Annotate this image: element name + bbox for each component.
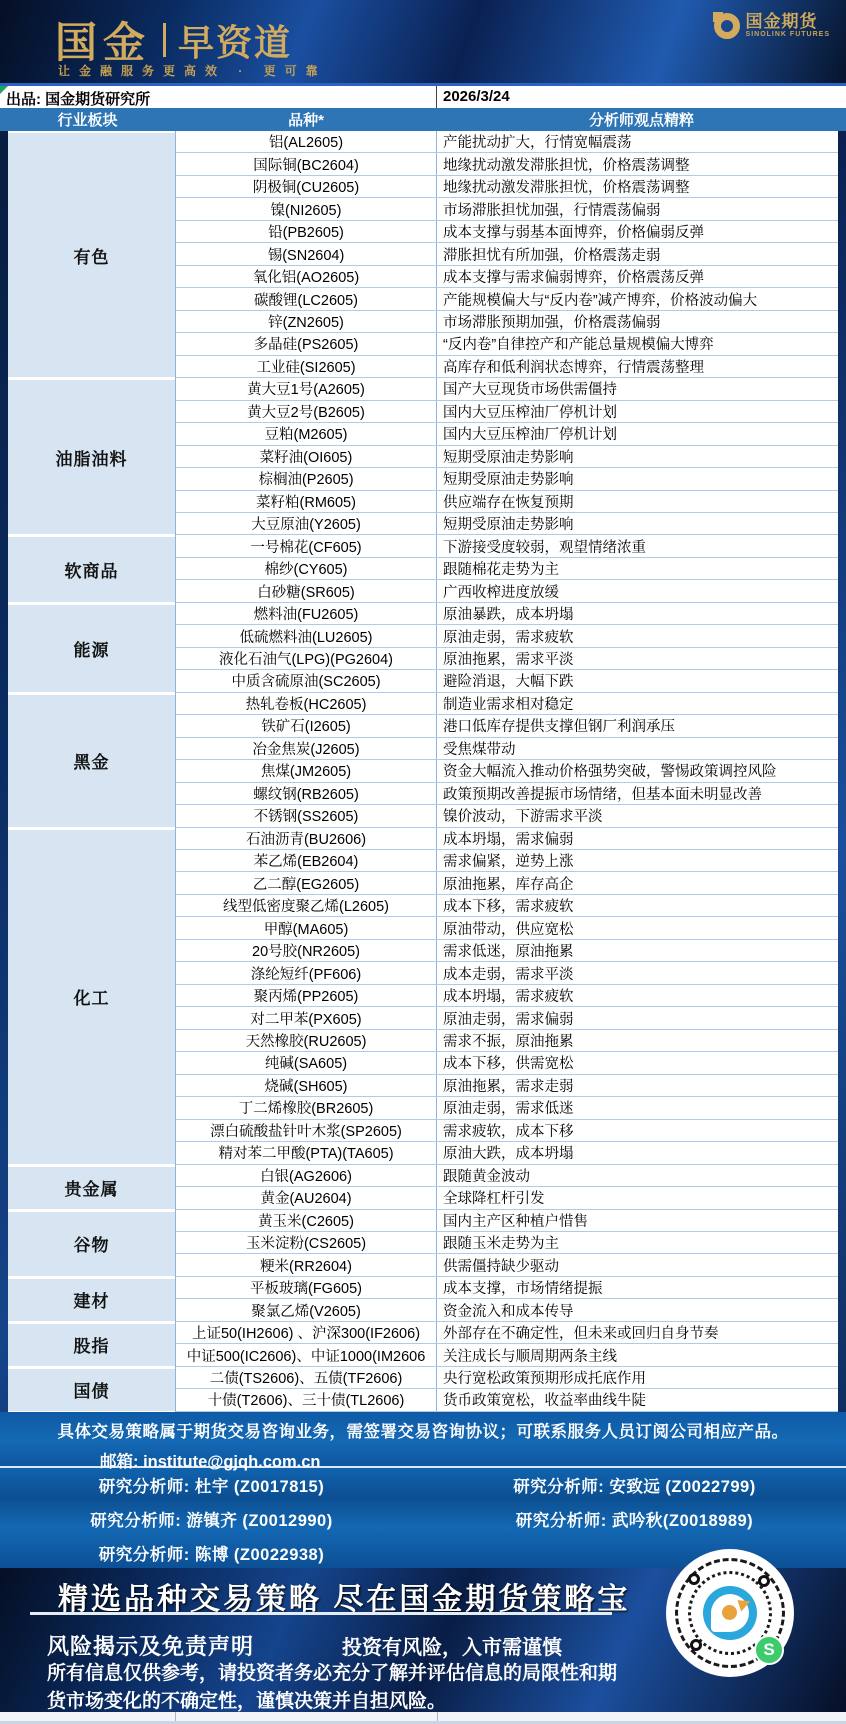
analyst-view-cell: 资金流入和成本传导 (437, 1299, 838, 1320)
table-row: 聚氯乙烯(V2605)资金流入和成本传导 (176, 1299, 838, 1321)
variety-cell: 聚丙烯(PP2605) (176, 985, 437, 1006)
variety-cell: 甲醇(MA605) (176, 917, 437, 938)
analyst-view-cell: 成本下移，供需宽松 (437, 1052, 838, 1073)
table-row: 二债(TS2606)、五债(TF2606)央行宽松政策预期形成托底作用 (176, 1367, 838, 1389)
analyst-left: 研究分析师: 游镇齐 (Z0012990) (0, 1502, 423, 1536)
variety-cell: 苯乙烯(EB2604) (176, 850, 437, 871)
table-row: 镍(NI2605)市场滞胀担忧加强，行情震荡偏弱 (176, 198, 838, 220)
qr-position-marker (758, 1575, 770, 1587)
analyst-view-cell: 全球降杠杆引发 (437, 1187, 838, 1208)
analyst-view-cell: 需求不振，原油拖累 (437, 1030, 838, 1051)
variety-cell: 十债(T2606)、三十债(TL2606) (176, 1389, 437, 1410)
table-row: 豆粕(M2605)国内大豆压榨油厂停机计划 (176, 423, 838, 445)
analyst-view-cell: 需求低迷，原油拖累 (437, 940, 838, 961)
table-row: 精对苯二甲酸(PTA)(TA605)原油大跌，成本坍塌 (176, 1142, 838, 1164)
table-row: 中证500(IC2606)、中证1000(IM2606关注成长与顺周期两条主线 (176, 1344, 838, 1366)
top-header: 国金 早资道 让金融服务更高效 · 更可靠 国金期货 SINOLINK FUTU… (0, 0, 846, 86)
section-label-cell: 能源 (8, 603, 175, 693)
variety-cell: 天然橡胶(RU2605) (176, 1030, 437, 1051)
table-row: 漂白硫酸盐针叶木浆(SP2605)需求疲软，成本下移 (176, 1120, 838, 1142)
table-row: 铅(PB2605)成本支撑与弱基本面博弈，价格偏弱反弹 (176, 221, 838, 243)
table-section: 黑金热轧卷板(HC2605)制造业需求相对稳定铁矿石(I2605)港口低库存提供… (8, 693, 838, 828)
report-page: 国金 早资道 让金融服务更高效 · 更可靠 国金期货 SINOLINK FUTU… (0, 0, 846, 1724)
section-rows: 平板玻璃(FG605)成本支撑，市场情绪提振聚氯乙烯(V2605)资金流入和成本… (175, 1277, 838, 1322)
analyst-view-cell: 原油拖累，需求平淡 (437, 648, 838, 669)
variety-cell: 焦煤(JM2605) (176, 760, 437, 781)
variety-cell: 对二甲苯(PX605) (176, 1007, 437, 1028)
analyst-view-cell: 资金大幅流入推动价格强势突破，警惕政策调控风险 (437, 760, 838, 781)
subscription-notice: 具体交易策略属于期货交易咨询业务，需签署交易咨询协议；可联系服务人员订阅公司相应… (0, 1412, 846, 1442)
section-rows: 二债(TS2606)、五债(TF2606)央行宽松政策预期形成托底作用十债(T2… (175, 1367, 838, 1412)
table-section: 建材平板玻璃(FG605)成本支撑，市场情绪提振聚氯乙烯(V2605)资金流入和… (8, 1277, 838, 1322)
variety-cell: 锌(ZN2605) (176, 311, 437, 332)
table-row: 工业硅(SI2605)高库存和低利润状态博弈，行情震荡整理 (176, 356, 838, 378)
analyst-view-cell: 短期受原油走势影响 (437, 446, 838, 467)
analyst-view-cell: 制造业需求相对稳定 (437, 693, 838, 714)
table-row: 菜籽油(OI605)短期受原油走势影响 (176, 446, 838, 468)
table-row: 中质含硫原油(SC2605)避险消退，大幅下跌 (176, 670, 838, 692)
section-rows: 热轧卷板(HC2605)制造业需求相对稳定铁矿石(I2605)港口低库存提供支撑… (175, 693, 838, 828)
variety-cell: 漂白硫酸盐针叶木浆(SP2605) (176, 1120, 437, 1141)
section-rows: 一号棉花(CF605)下游接受度较弱，观望情绪浓重棉纱(CY605)跟随棉花走势… (175, 535, 838, 602)
table-row: 十债(T2606)、三十债(TL2606)货币政策宽松，收益率曲线牛陡 (176, 1389, 838, 1411)
analyst-view-cell: 原油暴跌，成本坍塌 (437, 603, 838, 624)
variety-cell: 热轧卷板(HC2605) (176, 693, 437, 714)
section-label-cell: 国债 (8, 1367, 175, 1412)
qr-code: S (666, 1549, 794, 1677)
variety-cell: 白银(AG2606) (176, 1165, 437, 1186)
analyst-view-cell: 国内大豆压榨油厂停机计划 (437, 401, 838, 422)
variety-cell: 黄大豆2号(B2605) (176, 401, 437, 422)
analyst-view-cell: 原油走弱，需求偏弱 (437, 1007, 838, 1028)
variety-cell: 工业硅(SI2605) (176, 356, 437, 377)
variety-cell: 豆粕(M2605) (176, 423, 437, 444)
variety-cell: 铅(PB2605) (176, 221, 437, 242)
analyst-view-cell: 成本支撑，市场情绪提振 (437, 1277, 838, 1298)
table-row: 烧碱(SH605)原油拖累，需求走弱 (176, 1075, 838, 1097)
analyst-view-cell: 供应端存在恢复预期 (437, 491, 838, 512)
table-row: 黄金(AU2604)全球降杠杆引发 (176, 1187, 838, 1209)
section-label-cell: 化工 (8, 828, 175, 1165)
analyst-view-cell: 短期受原油走势影响 (437, 513, 838, 534)
table-row: 苯乙烯(EB2604)需求偏紧，逆势上涨 (176, 850, 838, 872)
variety-cell: 黄金(AU2604) (176, 1187, 437, 1208)
brand-circle-icon (714, 13, 740, 39)
analyst-view-cell: 避险消退，大幅下跌 (437, 670, 838, 691)
analyst-view-cell: 广西收榨进度放缓 (437, 580, 838, 601)
analyst-view-cell: 原油拖累，库存高企 (437, 872, 838, 893)
table-row: 黄玉米(C2605)国内主产区种植户惜售 (176, 1210, 838, 1232)
variety-cell: 黄玉米(C2605) (176, 1210, 437, 1231)
variety-cell: 不锈钢(SS2605) (176, 805, 437, 826)
variety-cell: 石油沥青(BU2606) (176, 828, 437, 849)
table-row: 纯碱(SA605)成本下移，供需宽松 (176, 1052, 838, 1074)
notice-bar: 具体交易策略属于期货交易咨询业务，需签署交易咨询协议；可联系服务人员订阅公司相应… (0, 1412, 846, 1466)
table-section: 能源燃料油(FU2605)原油暴跌，成本坍塌低硫燃料油(LU2605)原油走弱，… (8, 603, 838, 693)
analyst-view-cell: 原油拖累，需求走弱 (437, 1075, 838, 1096)
analyst-view-cell: 市场滞胀预期加强，价格震荡偏弱 (437, 311, 838, 332)
section-rows: 铝(AL2605)产能扰动扩大，行情宽幅震荡国际铜(BC2604)地缘扰动激发滞… (175, 131, 838, 378)
variety-cell: 冶金焦炭(J2605) (176, 738, 437, 759)
table-row: 螺纹钢(RB2605)政策预期改善提振市场情绪，但基本面未明显改善 (176, 783, 838, 805)
table-row: 黄大豆1号(A2605)国产大豆现货市场供需僵持 (176, 378, 838, 400)
analyst-view-cell: 市场滞胀担忧加强，行情震荡偏弱 (437, 198, 838, 219)
variety-cell: 菜籽粕(RM605) (176, 491, 437, 512)
variety-cell: 阴极铜(CU2605) (176, 176, 437, 197)
table-row: 低硫燃料油(LU2605)原油走弱，需求疲软 (176, 625, 838, 647)
analyst-right: 研究分析师: 安致远 (Z0022799) (423, 1468, 846, 1502)
sinolink-logo-icon (703, 1586, 757, 1640)
analyst-view-cell: 关注成长与顺周期两条主线 (437, 1344, 838, 1365)
variety-cell: 精对苯二甲酸(PTA)(TA605) (176, 1142, 437, 1163)
table-row: 上证50(IH2606) 、沪深300(IF2606)外部存在不确定性，但未来或… (176, 1322, 838, 1344)
table-row: 白银(AG2606)跟随黄金波动 (176, 1165, 838, 1187)
table-row: 热轧卷板(HC2605)制造业需求相对稳定 (176, 693, 838, 715)
table-row: 液化石油气(LPG)(PG2604)原油拖累，需求平淡 (176, 648, 838, 670)
section-label-cell: 油脂油料 (8, 378, 175, 535)
section-rows: 白银(AG2606)跟随黄金波动黄金(AU2604)全球降杠杆引发 (175, 1165, 838, 1210)
wechat-miniprogram-icon: S (754, 1635, 784, 1665)
analyst-view-cell: 短期受原油走势影响 (437, 468, 838, 489)
table-row: 乙二醇(EG2605)原油拖累，库存高企 (176, 872, 838, 894)
producer-label: 出品: 国金期货研究所 (0, 86, 437, 108)
analyst-view-cell: 成本下移，需求疲软 (437, 895, 838, 916)
variety-cell: 螺纹钢(RB2605) (176, 783, 437, 804)
table-row: 聚丙烯(PP2605)成本坍塌，需求疲软 (176, 985, 838, 1007)
table-row: 国际铜(BC2604)地缘扰动激发滞胀担忧，价格震荡调整 (176, 153, 838, 175)
analyst-view-cell: 地缘扰动激发滞胀担忧，价格震荡调整 (437, 153, 838, 174)
table-row: 菜籽粕(RM605)供应端存在恢复预期 (176, 491, 838, 513)
analyst-view-cell: 滞胀担忧有所加强，价格震荡走弱 (437, 243, 838, 264)
table-section: 化工石油沥青(BU2606)成本坍塌，需求偏弱苯乙烯(EB2604)需求偏紧，逆… (8, 828, 838, 1165)
variety-cell: 大豆原油(Y2605) (176, 513, 437, 534)
table-row: 20号胶(NR2605)需求低迷，原油拖累 (176, 940, 838, 962)
variety-cell: 20号胶(NR2605) (176, 940, 437, 961)
table-section: 谷物黄玉米(C2605)国内主产区种植户惜售玉米淀粉(CS2605)跟随玉米走势… (8, 1210, 838, 1277)
analyst-row: 研究分析师: 杜宇 (Z0017815)研究分析师: 安致远 (Z0022799… (0, 1468, 846, 1502)
section-label-cell: 软商品 (8, 535, 175, 602)
variety-cell: 碳酸锂(LC2605) (176, 288, 437, 309)
analyst-right (423, 1536, 846, 1570)
table-row: 涤纶短纤(PF606)成本走弱，需求平淡 (176, 962, 838, 984)
logo: 国金 早资道 (55, 10, 292, 70)
analyst-view-cell: 港口低库存提供支撑但钢厂利润承压 (437, 715, 838, 736)
analyst-row: 研究分析师: 游镇齐 (Z0012990)研究分析师: 武吟秋(Z0018989… (0, 1502, 846, 1536)
table-row: 线型低密度聚乙烯(L2605)成本下移，需求疲软 (176, 895, 838, 917)
analyst-view-cell: 国内主产区种植户惜售 (437, 1210, 838, 1231)
analyst-left: 研究分析师: 陈博 (Z0022938) (0, 1536, 423, 1570)
report-table-body: 有色铝(AL2605)产能扰动扩大，行情宽幅震荡国际铜(BC2604)地缘扰动激… (8, 131, 838, 1412)
logo-sub-text: 早资道 (178, 15, 292, 66)
brand-name-cn: 国金期货 (746, 13, 830, 31)
logo-main-text: 国金 (55, 10, 151, 70)
analyst-view-cell: 国内大豆压榨油厂停机计划 (437, 423, 838, 444)
risk-disclosure-title: 风险揭示及免责声明 (47, 1630, 254, 1661)
section-label-cell: 谷物 (8, 1210, 175, 1277)
table-header-row: 行业板块 品种* 分析师观点精粹 (0, 108, 846, 131)
variety-cell: 丁二烯橡胶(BR2605) (176, 1097, 437, 1118)
analyst-view-cell: 原油大跌，成本坍塌 (437, 1142, 838, 1163)
section-label-cell: 建材 (8, 1277, 175, 1322)
analyst-view-cell: 下游接受度较弱，观望情绪浓重 (437, 535, 838, 556)
table-row: 不锈钢(SS2605)镍价波动，下游需求平淡 (176, 805, 838, 827)
variety-cell: 纯碱(SA605) (176, 1052, 437, 1073)
table-row: 阴极铜(CU2605)地缘扰动激发滞胀担忧，价格震荡调整 (176, 176, 838, 198)
variety-cell: 二债(TS2606)、五债(TF2606) (176, 1367, 437, 1388)
variety-cell: 镍(NI2605) (176, 198, 437, 219)
bottom-strip-divider (437, 1712, 438, 1721)
analyst-view-cell: 供需僵持缺少驱动 (437, 1254, 838, 1275)
analyst-view-cell: 原油走弱，需求疲软 (437, 625, 838, 646)
variety-cell: 菜籽油(OI605) (176, 446, 437, 467)
variety-cell: 涤纶短纤(PF606) (176, 962, 437, 983)
variety-cell: 多晶硅(PS2605) (176, 333, 437, 354)
risk-warning: 投资有风险，入市需谨慎 (342, 1631, 562, 1660)
analyst-view-cell: 跟随玉米走势为主 (437, 1232, 838, 1253)
bottom-strip (0, 1712, 846, 1724)
table-section: 软商品一号棉花(CF605)下游接受度较弱，观望情绪浓重棉纱(CY605)跟随棉… (8, 535, 838, 602)
table-row: 丁二烯橡胶(BR2605)原油走弱，需求低迷 (176, 1097, 838, 1119)
analyst-left: 研究分析师: 杜宇 (Z0017815) (0, 1468, 423, 1502)
analyst-view-cell: 货币政策宽松，收益率曲线牛陡 (437, 1389, 838, 1410)
table-row: 石油沥青(BU2606)成本坍塌，需求偏弱 (176, 828, 838, 850)
analyst-view-cell: 跟随棉花走势为主 (437, 558, 838, 579)
table-section: 油脂油料黄大豆1号(A2605)国产大豆现货市场供需僵持黄大豆2号(B2605)… (8, 378, 838, 535)
analyst-view-cell: “反内卷”自律控产和产能总量规模偏大博弈 (437, 333, 838, 354)
variety-cell: 平板玻璃(FG605) (176, 1277, 437, 1298)
variety-cell: 中质含硫原油(SC2605) (176, 670, 437, 691)
table-row: 黄大豆2号(B2605)国内大豆压榨油厂停机计划 (176, 401, 838, 423)
section-label-cell: 有色 (8, 131, 175, 378)
analyst-view-cell: 成本支撑与需求偏弱博弈，价格震荡反弹 (437, 266, 838, 287)
variety-cell: 中证500(IC2606)、中证1000(IM2606 (176, 1344, 437, 1365)
variety-cell: 低硫燃料油(LU2605) (176, 625, 437, 646)
analyst-view-cell: 跟随黄金波动 (437, 1165, 838, 1186)
table-row: 一号棉花(CF605)下游接受度较弱，观望情绪浓重 (176, 535, 838, 557)
logo-divider-bar (163, 23, 166, 57)
qr-position-marker (690, 1639, 702, 1651)
variety-cell: 棕榈油(P2605) (176, 468, 437, 489)
analyst-view-cell: 需求偏紧，逆势上涨 (437, 850, 838, 871)
variety-cell: 锡(SN2604) (176, 243, 437, 264)
variety-cell: 黄大豆1号(A2605) (176, 378, 437, 399)
table-row: 棉纱(CY605)跟随棉花走势为主 (176, 558, 838, 580)
table-row: 氧化铝(AO2605)成本支撑与需求偏弱博弈，价格震荡反弹 (176, 266, 838, 288)
analyst-view-cell: 需求疲软，成本下移 (437, 1120, 838, 1141)
variety-cell: 白砂糖(SR605) (176, 580, 437, 601)
variety-cell: 铝(AL2605) (176, 131, 437, 152)
promo-divider (30, 1612, 612, 1615)
variety-cell: 棉纱(CY605) (176, 558, 437, 579)
table-row: 锡(SN2604)滞胀担忧有所加强，价格震荡走弱 (176, 243, 838, 265)
analyst-view-cell: 成本支撑与弱基本面博弈，价格偏弱反弹 (437, 221, 838, 242)
meta-bar: 出品: 国金期货研究所 2026/3/24 (0, 86, 846, 108)
section-rows: 黄大豆1号(A2605)国产大豆现货市场供需僵持黄大豆2号(B2605)国内大豆… (175, 378, 838, 535)
table-section: 股指上证50(IH2606) 、沪深300(IF2606)外部存在不确定性，但未… (8, 1322, 838, 1367)
brand-logo: 国金期货 SINOLINK FUTURES (714, 13, 830, 39)
table-row: 燃料油(FU2605)原油暴跌，成本坍塌 (176, 603, 838, 625)
variety-cell: 国际铜(BC2604) (176, 153, 437, 174)
bottom-strip-divider (175, 1712, 176, 1721)
section-label-cell: 贵金属 (8, 1165, 175, 1210)
table-row: 玉米淀粉(CS2605)跟随玉米走势为主 (176, 1232, 838, 1254)
analyst-view-cell: 成本坍塌，需求偏弱 (437, 828, 838, 849)
analyst-view-cell: 外部存在不确定性，但未来或回归自身节奏 (437, 1322, 838, 1343)
variety-cell: 液化石油气(LPG)(PG2604) (176, 648, 437, 669)
table-row: 铁矿石(I2605)港口低库存提供支撑但钢厂利润承压 (176, 715, 838, 737)
section-rows: 石油沥青(BU2606)成本坍塌，需求偏弱苯乙烯(EB2604)需求偏紧，逆势上… (175, 828, 838, 1165)
variety-cell: 乙二醇(EG2605) (176, 872, 437, 893)
table-row: 锌(ZN2605)市场滞胀预期加强，价格震荡偏弱 (176, 311, 838, 333)
table-row: 焦煤(JM2605)资金大幅流入推动价格强势突破，警惕政策调控风险 (176, 760, 838, 782)
variety-cell: 上证50(IH2606) 、沪深300(IF2606) (176, 1322, 437, 1343)
analyst-right: 研究分析师: 武吟秋(Z0018989) (423, 1502, 846, 1536)
section-label-cell: 黑金 (8, 693, 175, 828)
section-rows: 燃料油(FU2605)原油暴跌，成本坍塌低硫燃料油(LU2605)原油走弱，需求… (175, 603, 838, 693)
table-row: 碳酸锂(LC2605)产能规模偏大与“反内卷”减产博弈，价格波动偏大 (176, 288, 838, 310)
variety-cell: 粳米(RR2604) (176, 1254, 437, 1275)
qr-position-marker (688, 1573, 700, 1585)
analyst-view-cell: 政策预期改善提振市场情绪，但基本面未明显改善 (437, 783, 838, 804)
section-rows: 黄玉米(C2605)国内主产区种植户惜售玉米淀粉(CS2605)跟随玉米走势为主… (175, 1210, 838, 1277)
analyst-view-cell: 成本坍塌，需求疲软 (437, 985, 838, 1006)
table-row: 铝(AL2605)产能扰动扩大，行情宽幅震荡 (176, 131, 838, 153)
analyst-view-cell: 受焦煤带动 (437, 738, 838, 759)
analyst-view-cell: 原油走弱，需求低迷 (437, 1097, 838, 1118)
column-header-view: 分析师观点精粹 (437, 108, 846, 131)
variety-cell: 聚氯乙烯(V2605) (176, 1299, 437, 1320)
analyst-view-cell: 央行宽松政策预期形成托底作用 (437, 1367, 838, 1388)
table-row: 白砂糖(SR605)广西收榨进度放缓 (176, 580, 838, 602)
table-section: 国债二债(TS2606)、五债(TF2606)央行宽松政策预期形成托底作用十债(… (8, 1367, 838, 1412)
table-row: 多晶硅(PS2605)“反内卷”自律控产和产能总量规模偏大博弈 (176, 333, 838, 355)
variety-cell: 烧碱(SH605) (176, 1075, 437, 1096)
column-header-variety: 品种* (175, 108, 437, 131)
analyst-view-cell: 镍价波动，下游需求平淡 (437, 805, 838, 826)
variety-cell: 一号棉花(CF605) (176, 535, 437, 556)
report-date: 2026/3/24 (437, 86, 846, 108)
brand-name-en: SINOLINK FUTURES (746, 31, 830, 38)
tagline: 让金融服务更高效 · 更可靠 (58, 62, 327, 79)
disclaimer-text: 所有信息仅供参考，请投资者务必充分了解并评估信息的局限性和期货市场变化的不确定性… (47, 1660, 627, 1716)
table-section: 有色铝(AL2605)产能扰动扩大，行情宽幅震荡国际铜(BC2604)地缘扰动激… (8, 131, 838, 378)
analyst-view-cell: 成本走弱，需求平淡 (437, 962, 838, 983)
variety-cell: 氧化铝(AO2605) (176, 266, 437, 287)
table-row: 天然橡胶(RU2605)需求不振，原油拖累 (176, 1030, 838, 1052)
analyst-view-cell: 地缘扰动激发滞胀担忧，价格震荡调整 (437, 176, 838, 197)
section-rows: 上证50(IH2606) 、沪深300(IF2606)外部存在不确定性，但未来或… (175, 1322, 838, 1367)
analyst-view-cell: 高库存和低利润状态博弈，行情震荡整理 (437, 356, 838, 377)
variety-cell: 线型低密度聚乙烯(L2605) (176, 895, 437, 916)
section-label-cell: 股指 (8, 1322, 175, 1367)
table-row: 冶金焦炭(J2605)受焦煤带动 (176, 738, 838, 760)
analyst-view-cell: 国产大豆现货市场供需僵持 (437, 378, 838, 399)
variety-cell: 燃料油(FU2605) (176, 603, 437, 624)
analyst-view-cell: 产能扰动扩大，行情宽幅震荡 (437, 131, 838, 152)
column-header-sector: 行业板块 (0, 108, 175, 131)
analyst-view-cell: 产能规模偏大与“反内卷”减产博弈，价格波动偏大 (437, 288, 838, 309)
table-row: 对二甲苯(PX605)原油走弱，需求偏弱 (176, 1007, 838, 1029)
variety-cell: 玉米淀粉(CS2605) (176, 1232, 437, 1253)
table-row: 平板玻璃(FG605)成本支撑，市场情绪提振 (176, 1277, 838, 1299)
variety-cell: 铁矿石(I2605) (176, 715, 437, 736)
table-row: 棕榈油(P2605)短期受原油走势影响 (176, 468, 838, 490)
table-row: 大豆原油(Y2605)短期受原油走势影响 (176, 513, 838, 535)
table-row: 粳米(RR2604)供需僵持缺少驱动 (176, 1254, 838, 1276)
table-row: 甲醇(MA605)原油带动，供应宽松 (176, 917, 838, 939)
table-section: 贵金属白银(AG2606)跟随黄金波动黄金(AU2604)全球降杠杆引发 (8, 1165, 838, 1210)
analyst-view-cell: 原油带动，供应宽松 (437, 917, 838, 938)
